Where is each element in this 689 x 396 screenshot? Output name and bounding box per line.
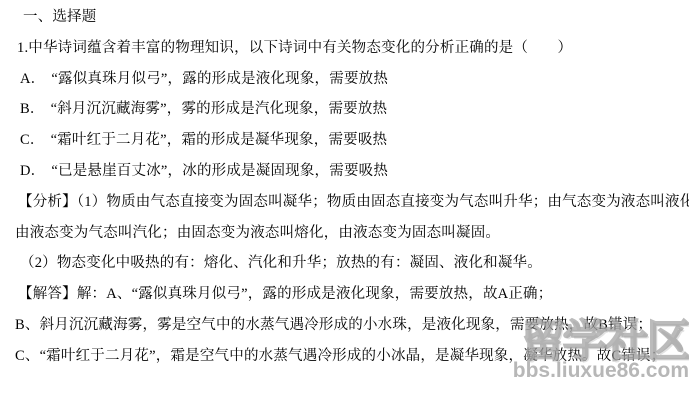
option-text-b: “斜月沉沉藏海雾”，雾的形成是汽化现象，需要放热 — [51, 101, 388, 117]
option-row-a: A．“露似真珠月似弓”，露的形成是液化现象，需要放热 — [0, 64, 689, 95]
answer-line-1-text: 解：A、“露似真珠月似弓”，露的形成是液化现象，需要放热，故A正确； — [77, 286, 553, 302]
option-text-a: “露似真珠月似弓”，露的形成是液化现象，需要放热 — [51, 71, 388, 87]
exam-document-page: 一、选择题 1.中华诗词蕴含着丰富的物理知识，以下诗词中有关物态变化的分析正确的… — [0, 0, 689, 396]
option-label-c: C． — [20, 132, 51, 148]
analysis-line-1-text: （1）物质由气态直接变为固态叫凝华；物质由固态直接变为气态叫升华；由气态变为液态… — [77, 194, 689, 210]
answer-line-2: B、斜月沉沉藏海雾，雾是空气中的水蒸气遇冷形成的小水珠，是液化现象，需要放热，故… — [0, 310, 689, 341]
question-text: 1.中华诗词蕴含着丰富的物理知识，以下诗词中有关物态变化的分析正确的是（ ） — [0, 33, 689, 64]
section-heading: 一、选择题 — [0, 2, 689, 33]
answer-tag: 【解答】 — [18, 286, 77, 302]
analysis-line-3: （2）物态变化中吸热的有：熔化、汽化和升华；放热的有：凝固、液化和凝华。 — [0, 248, 689, 279]
analysis-line-2: 由液态变为气态叫汽化；由固态变为液态叫熔化，由液态变为固态叫凝固。 — [0, 218, 689, 249]
option-label-a: A． — [20, 71, 51, 87]
option-text-d: “已是悬崖百丈冰”，冰的形成是凝固现象，需要吸热 — [51, 163, 388, 179]
analysis-tag: 【分析】 — [18, 194, 77, 210]
option-text-c: “霜叶红于二月花”，霜的形成是凝华现象，需要吸热 — [51, 132, 388, 148]
option-label-d: D． — [20, 163, 51, 179]
option-label-b: B． — [20, 101, 51, 117]
option-row-c: C．“霜叶红于二月花”，霜的形成是凝华现象，需要吸热 — [0, 125, 689, 156]
analysis-line-1: 【分析】（1）物质由气态直接变为固态叫凝华；物质由固态直接变为气态叫升华；由气态… — [0, 187, 689, 218]
option-row-d: D．“已是悬崖百丈冰”，冰的形成是凝固现象，需要吸热 — [0, 156, 689, 187]
answer-line-1: 【解答】解：A、“露似真珠月似弓”，露的形成是液化现象，需要放热，故A正确； — [0, 279, 689, 310]
option-row-b: B．“斜月沉沉藏海雾”，雾的形成是汽化现象，需要放热 — [0, 94, 689, 125]
answer-line-3: C、“霜叶红于二月花”，霜是空气中的水蒸气遇冷形成的小冰晶，是凝华现象，凝华放热… — [0, 341, 689, 372]
